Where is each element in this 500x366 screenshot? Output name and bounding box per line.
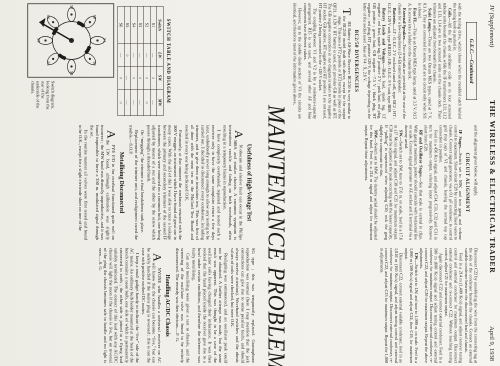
paragraph: Scale Lamps.—These are two Osram MES typ… — [417, 3, 432, 119]
table-cell: — — [137, 44, 144, 67]
drop-cap: A — [152, 248, 162, 263]
paragraph: Coils.—All the RF and oscillator coils a… — [432, 3, 451, 119]
paragraph: Can and metallising were given a test to… — [175, 248, 191, 363]
paragraph: Realigning was commenced, and an oscilla… — [191, 248, 228, 363]
section-heading: Handling AC/DC Chassis — [165, 248, 171, 363]
table-cell: ○ — [124, 44, 131, 67]
drop-cap: T — [341, 3, 351, 16]
table-cell: — — [118, 44, 125, 67]
column-1-gec-article: G.E.C.—Continued with the tuning drive, … — [3, 3, 478, 119]
paragraph: Disconnect C22 by unsoldering the wire f… — [463, 248, 478, 363]
page-number: IV (Supplement) — [488, 5, 496, 47]
table-header-cell: MW — [157, 89, 164, 115]
paragraph: Disconnect C22, connect external variabl… — [379, 248, 403, 363]
section-headline: MAINTENANCE PROBLEMS — [258, 122, 296, 365]
table-cell: S6 — [118, 6, 125, 44]
table-cell: — — [144, 44, 151, 67]
paragraph: The coupling between V1 and V2 is by a r… — [302, 3, 317, 119]
table-row: S2—○○ — [144, 6, 151, 116]
switch-contact-label: S5 — [36, 38, 40, 42]
gec-body-text: with the tuning drive, which closes when… — [174, 3, 462, 119]
table-cell: — — [131, 44, 138, 67]
switch-contact-label: S1 — [102, 38, 106, 42]
drop-cap: A — [234, 125, 244, 140]
table-cell: — — [137, 89, 144, 115]
table-cell: ○ — [118, 67, 125, 90]
switch-diagram-row: S1S2S3S4S5S6S7S8 Switch diagram, looking… — [24, 3, 115, 119]
table-cell: — — [150, 44, 157, 67]
paragraph: Replacement of the trimmer unit, and rea… — [128, 125, 139, 240]
paragraph: with the tuning drive, which closes when… — [452, 3, 462, 119]
table-header-cell: LW — [157, 44, 164, 67]
table-header-cell: SW — [157, 67, 164, 90]
table-cell: ○ — [144, 67, 151, 90]
paragraph: Batteries.—LT : G.E.C. 2 V enclosed case… — [387, 3, 397, 119]
table-cell: S5 — [124, 6, 131, 44]
table-cell: ○ — [131, 67, 138, 90]
paragraph: RF and Oscillator Stages.—See that scale… — [403, 125, 422, 240]
paragraph: AN obscure and elusive fault can occur i… — [222, 125, 243, 240]
table-cell: ○ — [118, 89, 125, 115]
table-cell: — — [150, 89, 157, 115]
table-cell: ○ — [144, 89, 151, 115]
section-heading: Usefulness of High-Voltage Test — [246, 125, 252, 240]
masthead-title: THE WIRELESS & ELECTRICAL TRADER — [488, 100, 497, 273]
paragraph: SW.—Switch set to SW, tune to 17.6 m. on… — [379, 125, 403, 240]
table-row: S6—○○ — [118, 6, 125, 116]
paragraph: IF Stages.—Switch set to MW, and turn ga… — [438, 125, 462, 240]
table-cell: — — [131, 89, 138, 115]
drop-cap: A — [106, 125, 116, 140]
switch-contact-label: S7 — [69, 5, 73, 9]
paragraph: Battery Leads and Voltages.—Black lead, … — [362, 3, 386, 119]
paragraph: I have completely overhauled, repaired a… — [184, 125, 221, 240]
scanned-page-viewport: IV (Supplement) THE WIRELESS & ELECTRICA… — [0, 0, 500, 366]
issue-date: April 9, 1938 — [488, 326, 496, 361]
switch-table: SwitchLWSWMWS1—○—S2—○○S3—○—S4—○—S5○——S6—… — [118, 6, 164, 116]
paragraph: I keep a small gadget handy to indicate … — [97, 248, 139, 363]
rotary-switch-diagram: S1S2S3S4S5S6S7S8 — [24, 3, 115, 78]
paragraph: MW.—Switch set to MW. The dummy aerial s… — [364, 125, 379, 240]
table-row: S3—○— — [137, 6, 144, 116]
switch-contact-label: S3 — [69, 71, 73, 75]
table-header-cell: Switch — [157, 6, 164, 44]
paragraph: Again disconnect C22 and connect externa… — [419, 248, 443, 363]
table-cell: S4 — [131, 6, 138, 44]
column-2-maintenance: Usefulness of High-Voltage TestAN obscur… — [3, 125, 256, 240]
table-cell: ○ — [137, 67, 144, 90]
column-2-alignment: and the alignment given below, will appl… — [295, 125, 478, 240]
diagram-caption: Switch diagram, looking from the rear of… — [24, 81, 56, 114]
table-row: S4—○— — [131, 6, 138, 116]
paragraph: Feed in a 456 Kc/s signal, and adjust C3… — [423, 125, 438, 240]
section-heading: Metallising Disconnected — [118, 125, 124, 240]
table-cell: ○ — [150, 67, 157, 90]
paragraph: ANYONE who handles a universal receiver … — [141, 248, 162, 363]
paragraph: LW.—Switch set to LW, and tune to 1,000 … — [404, 248, 419, 363]
paragraph: SG type ; this was temporarily replaced.… — [230, 248, 256, 363]
paragraph: However, up to the double diode section … — [292, 3, 302, 119]
column-3-maintenance: SG type ; this was temporarily replaced.… — [3, 248, 256, 363]
switch-table-heading: SWITCH TABLE AND DIAGRAM — [166, 3, 171, 119]
paragraph: On “megging” the trimmer a final breakdo… — [140, 125, 145, 240]
section-heading: BC2/50 DIVERGENCIES — [353, 3, 358, 119]
switch-contact-label: S8 — [93, 15, 97, 19]
switch-contact-label: S4 — [46, 61, 50, 66]
continued-box: G.E.C.—Continued — [466, 22, 477, 100]
table-cell: — — [124, 89, 131, 115]
page-header: IV (Supplement) THE WIRELESS & ELECTRICA… — [488, 0, 497, 366]
table-cell: S1 — [150, 6, 157, 44]
paragraph: Fortunately, at that moment the workman … — [146, 125, 183, 240]
switch-contact-label: S6 — [46, 15, 50, 19]
paragraph: External Speaker.—Two terminals are prov… — [397, 3, 407, 119]
paragraph: In the routine manner all valves were fi… — [78, 125, 89, 240]
table-row: S1—○— — [150, 6, 157, 116]
paragraph: THE Battery All-Wave Receiver BC2/50 is … — [318, 3, 352, 119]
switch-contact-label: S2 — [93, 61, 97, 65]
magazine-page: IV (Supplement) THE WIRELESS & ELECTRICA… — [0, 0, 500, 366]
table-cell: S2 — [144, 6, 151, 44]
section-heading: CIRCUIT ALIGNMENT — [465, 125, 470, 240]
column-3-alignment: Disconnect C22 by unsoldering the wire f… — [295, 248, 478, 363]
paragraph: Feed in a 214 m (1,400 Kc/s) signal, and… — [444, 248, 463, 363]
paragraph: A PYE F/D in for overhaul functioned qui… — [89, 125, 115, 240]
table-cell: S3 — [137, 6, 144, 44]
paragraph: Fuse FL.—This is an Osram MES type lamp,… — [407, 3, 417, 119]
table-row: S5○—— — [124, 6, 131, 116]
paragraph: and the alignment given below, will appl… — [473, 125, 478, 240]
table-cell: — — [124, 67, 131, 90]
